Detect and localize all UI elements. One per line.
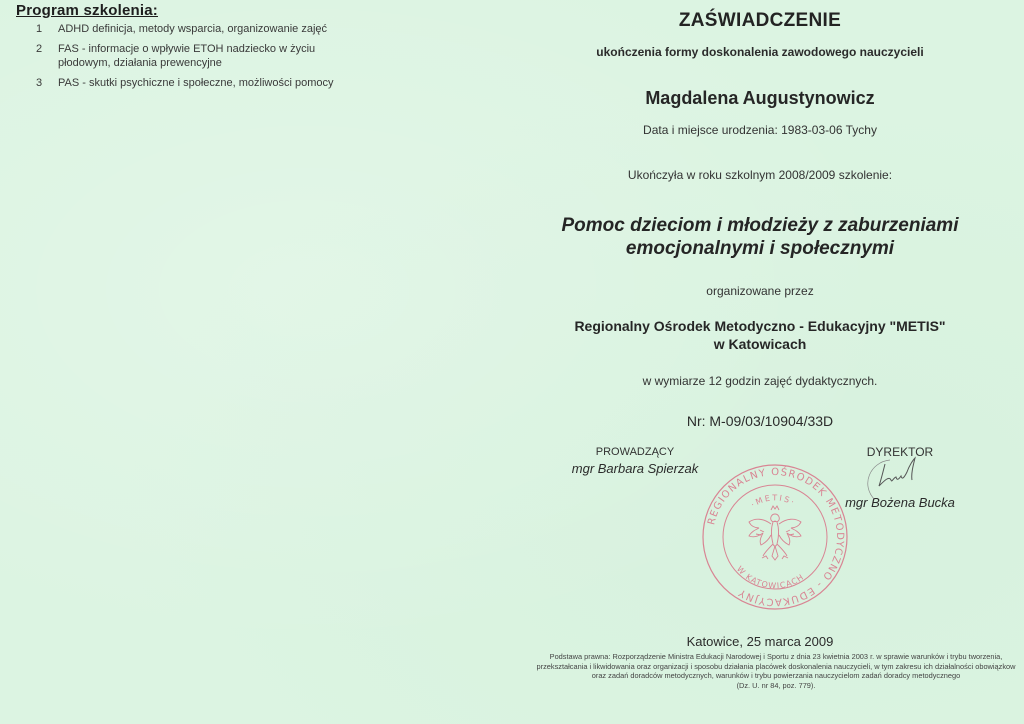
place-and-date: Katowice, 25 marca 2009 — [520, 634, 1000, 649]
instructor-name: mgr Barbara Spierzak — [555, 460, 715, 477]
director-role: DYREKTOR — [820, 445, 980, 460]
program-item-text: PAS - skutki psychiczne i społeczne, moż… — [58, 76, 346, 90]
certificate-title: ZAŚWIADCZENIE — [520, 10, 1000, 32]
instructor-role: PROWADZĄCY — [555, 445, 715, 460]
organized-by-label: organizowane przez — [520, 284, 1000, 298]
certificate-subtitle: ukończenia formy doskonalenia zawodowego… — [520, 45, 1000, 59]
legal-line: przekształcania i likwidowania oraz orga… — [528, 662, 1024, 672]
training-program: Program szkolenia: 1 ADHD definicja, met… — [16, 2, 346, 96]
organization-name: Regionalny Ośrodek Metodyczno - Edukacyj… — [520, 317, 1000, 353]
course-hours: w wymiarze 12 godzin zajęć dydaktycznych… — [520, 374, 1000, 388]
legal-line: oraz zadań doradców metodycznych, warunk… — [528, 671, 1024, 681]
program-item: 3 PAS - skutki psychiczne i społeczne, m… — [16, 76, 346, 90]
course-title-line-2: emocjonalnymi i społecznymi — [520, 237, 1000, 260]
program-item-text: FAS - informacje o wpływie ETOH nadzieck… — [58, 42, 346, 70]
legal-line: (Dz. U. nr 84, poz. 779). — [528, 681, 1024, 691]
stamp-bottom-text: W KATOWICACH — [735, 564, 806, 590]
legal-basis: Podstawa prawna: Rozporządzenie Ministra… — [528, 652, 1024, 690]
organization-line-2: w Katowicach — [520, 335, 1000, 353]
svg-text:W KATOWICACH: W KATOWICACH — [735, 564, 806, 590]
program-item-number: 3 — [16, 76, 58, 90]
program-item: 1 ADHD definicja, metody wsparcia, organ… — [16, 22, 346, 36]
legal-line: Podstawa prawna: Rozporządzenie Ministra… — [528, 652, 1024, 662]
completion-statement: Ukończyła w roku szkolnym 2008/2009 szko… — [520, 168, 1000, 182]
program-title: Program szkolenia: — [16, 2, 346, 19]
organization-line-1: Regionalny Ośrodek Metodyczno - Edukacyj… — [520, 317, 1000, 335]
course-title-line-1: Pomoc dzieciom i młodzieży z zaburzeniam… — [520, 214, 1000, 237]
program-item-text: ADHD definicja, metody wsparcia, organiz… — [58, 22, 346, 36]
program-item: 2 FAS - informacje o wpływie ETOH nadzie… — [16, 42, 346, 70]
certificate-number: Nr: M-09/03/10904/33D — [520, 413, 1000, 429]
program-item-number: 1 — [16, 22, 58, 36]
instructor-signature-block: PROWADZĄCY mgr Barbara Spierzak — [555, 445, 715, 477]
eagle-emblem-icon — [749, 506, 801, 560]
course-title: Pomoc dzieciom i młodzieży z zaburzeniam… — [520, 214, 1000, 260]
official-stamp-icon: REGIONALNY OŚRODEK METODYCZNO - EDUKACYJ… — [700, 462, 850, 612]
recipient-name: Magdalena Augustynowicz — [520, 88, 1000, 109]
program-item-number: 2 — [16, 42, 58, 70]
birth-info: Data i miejsce urodzenia: 1983-03-06 Tyc… — [520, 123, 1000, 137]
program-list: 1 ADHD definicja, metody wsparcia, organ… — [16, 22, 346, 90]
